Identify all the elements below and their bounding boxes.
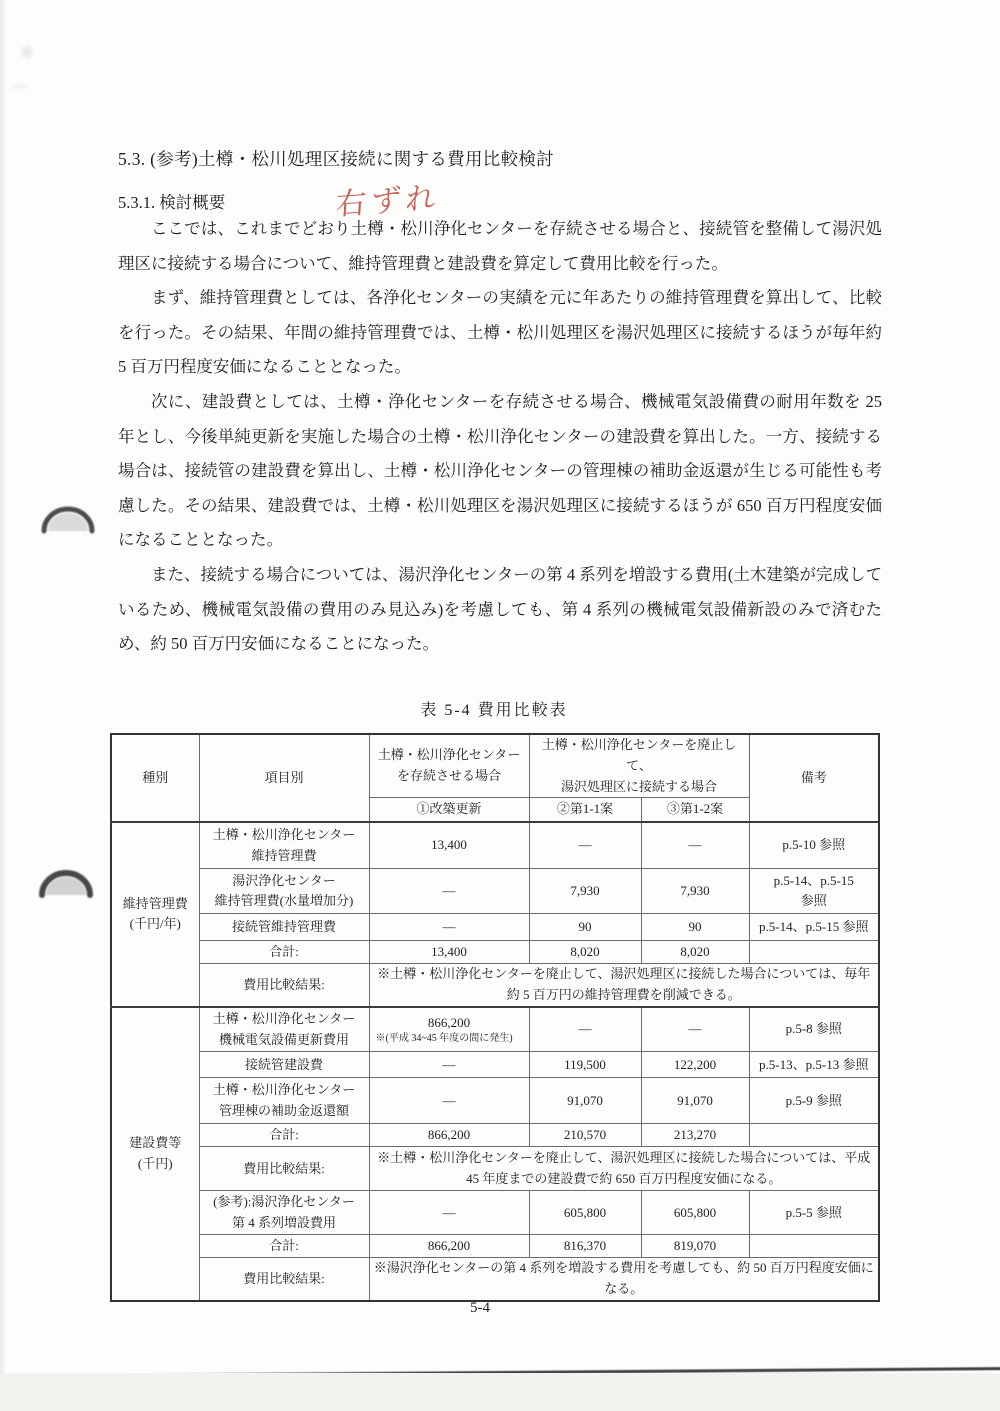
cell-value-keep: 866,200 xyxy=(369,1124,529,1147)
cell-value-plan12: 819,070 xyxy=(641,1235,749,1258)
cell-value-plan12: ― xyxy=(641,1007,749,1052)
cell-value-plan11: 210,570 xyxy=(529,1124,641,1147)
scan-left-edge-shadow xyxy=(0,0,7,1411)
cell-value-keep: ― xyxy=(369,914,529,941)
cell-value-plan12: 213,270 xyxy=(641,1124,749,1147)
cell-value-plan11: 119,500 xyxy=(529,1052,641,1078)
header-remarks: 備考 xyxy=(749,734,879,822)
kind-construction: 建設費等 (千円) xyxy=(111,1007,199,1301)
cost-comparison-table: 種別 項目別 土樽・松川浄化センター を存続させる場合 土樽・松川浄化センターを… xyxy=(110,733,880,1302)
binder-hole-shadow xyxy=(39,861,93,903)
cell-result-text: ※湯沢浄化センターの第 4 系列を増設する費用を考慮しても、約 50 百万円程度… xyxy=(369,1258,879,1301)
table-row: 維持管理費 (千円/年) 土樽・松川浄化センター 維持管理費 13,400 ― … xyxy=(111,822,879,869)
cell-value-plan11: 8,020 xyxy=(529,941,641,964)
cell-item: (参考):湯沢浄化センター 第 4 系列増設費用 xyxy=(199,1191,369,1235)
table-header-row: 種別 項目別 土樽・松川浄化センター を存続させる場合 土樽・松川浄化センターを… xyxy=(111,734,879,798)
page-number: 5-4 xyxy=(0,1300,960,1317)
cell-result-label: 費用比較結果: xyxy=(199,1147,369,1191)
cell-value-plan11: 7,930 xyxy=(529,869,641,914)
cell-value-plan12: 122,200 xyxy=(641,1052,749,1078)
header-keep-case: 土樽・松川浄化センター を存続させる場合 xyxy=(369,734,529,798)
body-text: ここでは、これまでどおり土樽・松川浄化センターを存続させる場合と、接続管を整備し… xyxy=(118,212,882,662)
value-footnote: ※(平成 34~45 年度の間に発生) xyxy=(372,1032,527,1045)
kind-maintenance: 維持管理費 (千円/年) xyxy=(111,822,199,1007)
table-result-row: 費用比較結果: ※土樽・松川浄化センターを廃止して、湯沢処理区に接続した場合につ… xyxy=(111,964,879,1007)
cell-remarks: p.5-13、p.5-13 参照 xyxy=(749,1052,879,1078)
table-total-row: 合計: 13,400 8,020 8,020 xyxy=(111,941,879,964)
cell-item: 接続管維持管理費 xyxy=(199,914,369,941)
cell-value-plan12: 90 xyxy=(641,914,749,941)
subheader-plan-1-2: ③第1-2案 xyxy=(641,798,749,822)
cell-remarks: p.5-8 参照 xyxy=(749,1007,879,1052)
paragraph: 次に、建設費としては、土樽・浄化センターを存続させる場合、機械電気設備費の耐用年… xyxy=(118,385,882,558)
cell-value-keep: 13,400 xyxy=(369,822,529,869)
header-connect-case: 土樽・松川浄化センターを廃止して、 湯沢処理区に接続する場合 xyxy=(529,734,749,798)
cell-value-keep: ― xyxy=(369,1078,529,1124)
cell-item: 土樽・松川浄化センター 管理棟の補助金返還額 xyxy=(199,1078,369,1124)
cell-item: 土樽・松川浄化センター 維持管理費 xyxy=(199,822,369,869)
subsection-heading: 5.3.1. 検討概要 xyxy=(118,189,225,213)
cell-result-label: 費用比較結果: xyxy=(199,964,369,1007)
paragraph: ここでは、これまでどおり土樽・松川浄化センターを存続させる場合と、接続管を整備し… xyxy=(118,212,882,281)
cell-value-plan11: ― xyxy=(529,822,641,869)
cell-remarks: p.5-14、p.5-15 参照 xyxy=(749,869,879,914)
cell-value-plan12: 8,020 xyxy=(641,941,749,964)
cell-value-plan11: 816,370 xyxy=(529,1235,641,1258)
binder-hole-shadow xyxy=(41,497,95,539)
cell-item: 接続管建設費 xyxy=(199,1052,369,1078)
header-kind: 種別 xyxy=(111,734,199,822)
paragraph: また、接続する場合については、湯沢浄化センターの第 4 系列を増設する費用(土木… xyxy=(118,558,882,662)
cell-total-label: 合計: xyxy=(199,941,369,964)
cell-result-text: ※土樽・松川浄化センターを廃止して、湯沢処理区に接続した場合については、毎年約 … xyxy=(369,964,879,1007)
scan-smudge xyxy=(12,84,26,89)
section-heading: 5.3. (参考)土樽・松川処理区接続に関する費用比較検討 xyxy=(118,146,554,171)
value-number: 866,200 xyxy=(372,1015,527,1031)
cell-value-keep: ― xyxy=(369,1191,529,1235)
cell-remarks: p.5-10 参照 xyxy=(749,822,879,869)
cell-remarks: p.5-14、p.5-15 参照 xyxy=(749,914,879,941)
cell-remarks: p.5-9 参照 xyxy=(749,1078,879,1124)
table-result-row: 費用比較結果: ※土樽・松川浄化センターを廃止して、湯沢処理区に接続した場合につ… xyxy=(111,1147,879,1191)
cell-value-keep: 866,200 ※(平成 34~45 年度の間に発生) xyxy=(369,1007,529,1052)
table-row: 建設費等 (千円) 土樽・松川浄化センター 機械電気設備更新費用 866,200… xyxy=(111,1007,879,1052)
cell-value-plan11: ― xyxy=(529,1007,641,1052)
scanner-background xyxy=(0,1373,1000,1411)
cell-value-plan12: 605,800 xyxy=(641,1191,749,1235)
cell-value-keep: 866,200 xyxy=(369,1235,529,1258)
cell-value-keep: ― xyxy=(369,869,529,914)
cell-remarks xyxy=(749,1124,879,1147)
cell-value-plan11: 605,800 xyxy=(529,1191,641,1235)
cell-value-plan12: 7,930 xyxy=(641,869,749,914)
cell-value-keep: ― xyxy=(369,1052,529,1078)
cell-value-plan11: 91,070 xyxy=(529,1078,641,1124)
table-row: (参考):湯沢浄化センター 第 4 系列増設費用 ― 605,800 605,8… xyxy=(111,1191,879,1235)
cell-value-plan11: 90 xyxy=(529,914,641,941)
header-item: 項目別 xyxy=(199,734,369,822)
cell-remarks: p.5-5 参照 xyxy=(749,1191,879,1235)
subheader-renewal: ①改築更新 xyxy=(369,798,529,822)
cell-total-label: 合計: xyxy=(199,1124,369,1147)
table-row: 土樽・松川浄化センター 管理棟の補助金返還額 ― 91,070 91,070 p… xyxy=(111,1078,879,1124)
cell-remarks xyxy=(749,1235,879,1258)
table-row: 接続管建設費 ― 119,500 122,200 p.5-13、p.5-13 参… xyxy=(111,1052,879,1078)
cell-value-keep: 13,400 xyxy=(369,941,529,964)
cell-result-label: 費用比較結果: xyxy=(199,1258,369,1301)
cell-total-label: 合計: xyxy=(199,1235,369,1258)
table-row: 湯沢浄化センター 維持管理費(水量増加分) ― 7,930 7,930 p.5-… xyxy=(111,869,879,914)
scanned-document-page: 5.3. (参考)土樽・松川処理区接続に関する費用比較検討 5.3.1. 検討概… xyxy=(0,0,1000,1411)
table-result-row: 費用比較結果: ※湯沢浄化センターの第 4 系列を増設する費用を考慮しても、約 … xyxy=(111,1258,879,1301)
cell-value-plan12: ― xyxy=(641,822,749,869)
table-total-row: 合計: 866,200 210,570 213,270 xyxy=(111,1124,879,1147)
scan-smudge xyxy=(22,46,32,58)
paragraph: まず、維持管理費としては、各浄化センターの実績を元に年あたりの維持管理費を算出し… xyxy=(118,281,882,385)
cell-item: 湯沢浄化センター 維持管理費(水量増加分) xyxy=(199,869,369,914)
cell-value-plan12: 91,070 xyxy=(641,1078,749,1124)
table-total-row: 合計: 866,200 816,370 819,070 xyxy=(111,1235,879,1258)
cell-result-text: ※土樽・松川浄化センターを廃止して、湯沢処理区に接続した場合については、平成 4… xyxy=(369,1147,879,1191)
cell-item: 土樽・松川浄化センター 機械電気設備更新費用 xyxy=(199,1007,369,1052)
table-row: 接続管維持管理費 ― 90 90 p.5-14、p.5-15 参照 xyxy=(111,914,879,941)
table-title: 表 5-4 費用比較表 xyxy=(110,697,878,720)
cell-remarks xyxy=(749,941,879,964)
subheader-plan-1-1: ②第1-1案 xyxy=(529,798,641,822)
